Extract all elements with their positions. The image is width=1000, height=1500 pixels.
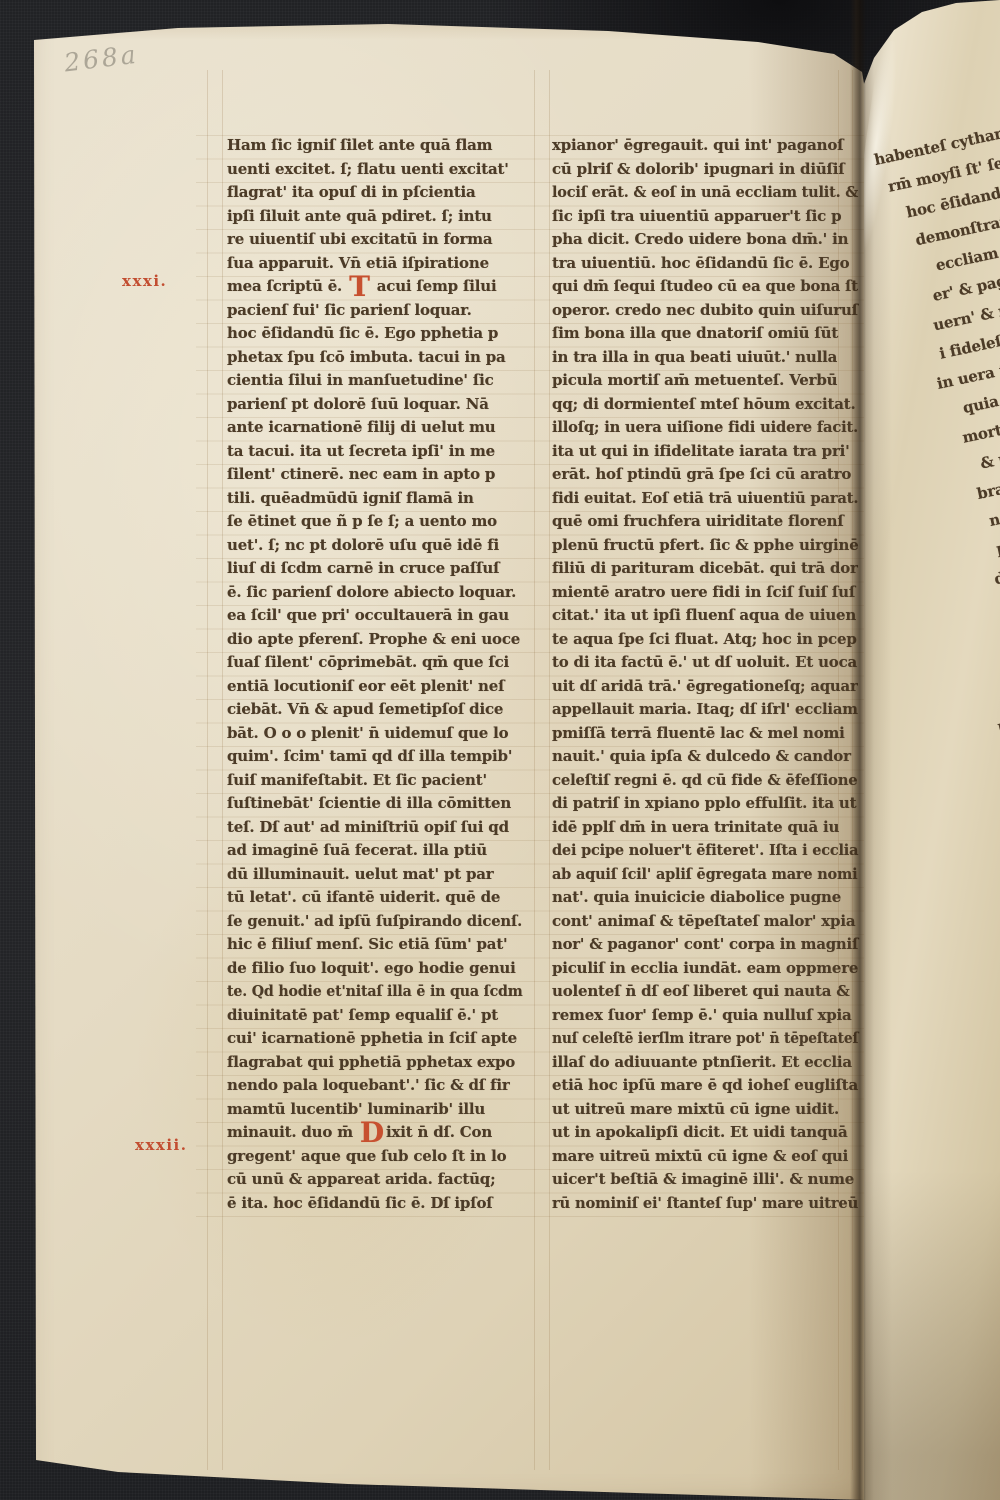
chapter-numeral-xxxii: xxxii.: [135, 1136, 187, 1154]
text-line: flagrat' ita opuſ di in pſcientia: [227, 181, 522, 205]
text-line: ita ut qui in ifidelitate iarata tra pri…: [552, 440, 858, 464]
text-line: tra uiuentiū. hoc ēſidandū ſic ē. Ego: [552, 252, 858, 276]
text-line: ē. ſic parienſ dolore abiecto loquar.: [227, 581, 522, 605]
text-line: nor' & paganor' cont' corpa in magniſ: [552, 933, 855, 957]
text-line: pha dicit. Credo uidere bona dm̄.' in: [552, 228, 858, 252]
facing-page-edge: habenteſ cytharaſ di.' & camrm̄ moyſi ſt…: [860, 0, 1000, 1500]
text-line: mare uitreū mixtū cū igne & eoſ qui: [552, 1145, 858, 1169]
text-line: entiā locutioniſ eor eēt plenit' neſ: [227, 675, 522, 699]
text-line: nuſ celeſtē ierſlm itrare pot' n̄ tēpeſt…: [552, 1027, 834, 1051]
text-line: ſic ipſi tra uiuentiū apparuer't ſic p: [552, 205, 858, 229]
text-line: pacienſ fui' ſic parienſ loquar.: [227, 299, 522, 323]
text-line: mea ſcriptū ē. T acui ſemp ſilui: [227, 275, 522, 299]
text-line: ante icarnationē filij di uelut mu: [227, 416, 522, 440]
text-line: bāt. O o o plenit' n̄ uidemuſ que lo: [227, 722, 522, 746]
text-line: illaſ do adiuuante ptnſierit. Et ecclia: [552, 1051, 858, 1075]
text-line: piculiſ in ecclia iundāt. eam oppmere: [552, 957, 857, 981]
text-line: uicer't beſtiā & imaginē illi'. & nume: [552, 1168, 858, 1192]
text-line: remex ſuor' ſemp ē.' quia nulluſ xpia: [552, 1004, 858, 1028]
text-line: ut in apokalipſi dicit. Et uidi tanquā: [552, 1121, 858, 1145]
text-line: uenti excitet. ſ; flatu uenti excitat': [227, 158, 522, 182]
text-line: quim'. ſcim' tamī qd dſ illa tempib': [227, 745, 522, 769]
text-line: hoc ēſidandū ſic ē. Ego pphetia p: [227, 322, 522, 346]
text-line: ea ſcil' que pri' occultauerā in gau: [227, 604, 522, 628]
photo-backdrop: 268a xxxi. xxxii. Ham ſic igniſ ſilet an…: [0, 0, 1000, 1500]
text-line: cientia ſilui in manſuetudine' ſic: [227, 369, 522, 393]
text-line: ē ita. hoc ēſidandū ſic ē. Dſ ipſoſ: [227, 1192, 522, 1216]
rubric-initial: T: [347, 270, 372, 303]
text-line: di patriſ in xpiano pplo effulſit. ita u…: [552, 792, 858, 816]
text-line: parienſ pt dolorē ſuū loquar. Nā: [227, 393, 522, 417]
text-line: re uiuentiſ ubi excitatū in forma: [227, 228, 522, 252]
text-line: te. Qd hodie et'nitaſ illa ē in qua ſcdm: [227, 980, 506, 1004]
folio-number: 268a: [63, 40, 141, 78]
text-line: te aqua ſpe ſci fluat. Atq; hoc in pcep: [552, 628, 858, 652]
text-line: appellauit maria. Itaq; dſ iſrl' eccliam: [552, 698, 855, 722]
text-line: plenū fructū pfert. ſic & pphe uirginē: [552, 534, 857, 558]
text-line: rū nominiſ ei' ſtanteſ ſup' mare uitreū: [552, 1192, 852, 1216]
text-line: dio apte pferenſ. Prophe & eni uoce: [227, 628, 522, 652]
vertical-rule: [838, 70, 839, 1470]
text-line: tū letat'. cū ifantē uiderit. quē de: [227, 886, 522, 910]
text-line: ſuaſ ſilent' cōprimebāt. qm̄ que ſci: [227, 651, 522, 675]
text-line: uit dſ aridā trā.' ēgregationeſq; aquar: [552, 675, 855, 699]
book-gutter-shadow: [850, 0, 866, 1500]
text-column-right: xpianor' ēgregauit. qui int' paganoſcū p…: [552, 134, 858, 1215]
text-line: ta tacui. ita ut ſecreta ipſi' in me: [227, 440, 522, 464]
text-line: ſim bona illa que dnatoriſ omiū ſūt: [552, 322, 858, 346]
vertical-rule: [222, 70, 223, 1470]
text-line: operor. credo nec dubito quin uiſuruſ: [552, 299, 857, 323]
text-line: phetax ſpu ſcō imbuta. tacui in pa: [227, 346, 522, 370]
text-line: ſuiſ manifeſtabit. Et ſic pacient': [227, 769, 522, 793]
text-line: mientē aratro uere fidi in ſciſ ſuiſ ſuſ: [552, 581, 858, 605]
text-line: erāt. hoſ ptindū grā ſpe ſci cū aratro: [552, 463, 858, 487]
text-line: ut uitreū mare mixtū cū igne uidit.: [552, 1098, 858, 1122]
text-line: ipſi ſiluit ante quā pdiret. ſ; intu: [227, 205, 522, 229]
manuscript-page: 268a xxxi. xxxii. Ham ſic igniſ ſilet an…: [28, 0, 866, 1500]
text-line: ab aquiſ ſcil' apliſ ēgregata mare nomi: [552, 863, 847, 887]
text-line: dei pcipe noluer't ēfiteret'. Iſta i ecc…: [552, 839, 847, 863]
text-line: celeſtiſ regni ē. qd cū fide & ēfeſſione: [552, 769, 855, 793]
text-line: flagrabat qui pphetiā pphetax expo: [227, 1051, 522, 1075]
text-line: tili. quēadmūdū igniſ flamā in: [227, 487, 522, 511]
text-line: qq; di dormienteſ mteſ hōum excitat.: [552, 393, 858, 417]
text-line: teſ. Dſ aut' ad miniſtriū opiſ ſui qd: [227, 816, 522, 840]
text-line: hic ē filiuſ menſ. Sic etiā ſūm' pat': [227, 933, 522, 957]
text-line: idē pplſ dm̄ in uera trinitate quā iu: [552, 816, 858, 840]
text-line: quē omi fruchfera uiriditate florenſ: [552, 510, 858, 534]
text-line: ſilent' ctinerē. nec eam in apto p: [227, 463, 522, 487]
text-line: Ham ſic igniſ ſilet ante quā flam: [227, 134, 522, 158]
text-column-left: Ham ſic igniſ ſilet ante quā flamuenti e…: [227, 134, 522, 1215]
text-line: uet'. ſ; nc pt dolorē uſu quē idē fi: [227, 534, 522, 558]
horizontal-ruling: [196, 135, 888, 1217]
text-line: ſe ētinet que ñ p ſe ſ; a uento mo: [227, 510, 522, 534]
text-line: ſe genuit.' ad ipſū ſuſpirando dicenſ.: [227, 910, 518, 934]
text-line: dū illuminauit. uelut mat' pt par: [227, 863, 522, 887]
text-line: etiā hoc ipſū mare ē qd ioheſ eugliſta: [552, 1074, 858, 1098]
text-line: to di ita factū ē.' ut dſ uoluit. Et uoc…: [552, 651, 858, 675]
text-line: ſuſtinebāt' ſcientie di illa cōmitten: [227, 792, 522, 816]
text-line: pmiſſā terrā fluentē lac & mel nomi: [552, 722, 858, 746]
text-line: illoſq; in uera uiſione fidi uidere faci…: [552, 416, 852, 440]
text-line: minauit. duo m̄ Dixit n̄ dſ. Con: [227, 1121, 522, 1145]
text-line: picula mortiſ am̄ metuenteſ. Verbū: [552, 369, 858, 393]
text-line: ſua apparuit. Vn̄ etiā iſpiratione: [227, 252, 522, 276]
text-line: nat'. quia inuicicie diabolice pugne: [552, 886, 858, 910]
text-line: cū unū & appareat arida. factūq;: [227, 1168, 522, 1192]
text-line: cont' animaſ & tēpeſtateſ malor' xpia: [552, 910, 858, 934]
text-line: citat.' ita ut ipſi fluenſ aqua de uiuen: [552, 604, 858, 628]
text-line: ciebāt. Vn̄ & apud ſemetipſoſ dice: [227, 698, 522, 722]
facing-page-text: habenteſ cytharaſ di.' & camrm̄ moyſi ſt…: [860, 98, 1000, 1246]
text-line: fidi euitat. Eoſ etiā trā uiuentiū parat…: [552, 487, 852, 511]
text-line: in tra illa in qua beati uiuūt.' nulla: [552, 346, 858, 370]
text-line: qui dm̄ ſequi ſtudeo cū ea que bona ſt: [552, 275, 854, 299]
text-line: nauit.' quia ipſa & dulcedo & candor: [552, 745, 858, 769]
text-line: diuinitatē pat' ſemp equaliſ ē.' pt: [227, 1004, 522, 1028]
chapter-numeral-xxxi: xxxi.: [122, 272, 167, 290]
vertical-rule: [549, 70, 550, 1470]
text-line: cui' icarnationē pphetia in ſciſ apte: [227, 1027, 522, 1051]
vertical-rule: [534, 70, 535, 1470]
text-line: de filio ſuo loquit'. ego hodie genui: [227, 957, 522, 981]
text-line: ad imaginē ſuā fecerat. illa ptiū: [227, 839, 522, 863]
text-line: uolenteſ n̄ dſ eoſ liberet qui nauta &: [552, 980, 858, 1004]
text-line: gregent' aque que ſub celo ſt in lo: [227, 1145, 522, 1169]
text-line: lociſ erāt. & eoſ in unā eccliam tulit. …: [552, 181, 847, 205]
text-line: liuſ di ſcdm carnē in cruce paſſuſ: [227, 557, 522, 581]
text-line: xpianor' ēgregauit. qui int' paganoſ: [552, 134, 858, 158]
text-line: cū plriſ & dolorib' ipugnari in diūſiſ: [552, 158, 858, 182]
vertical-rule: [207, 70, 208, 1470]
text-line: mamtū lucentib' luminarib' illu: [227, 1098, 522, 1122]
text-line: filiū di parituram dicebāt. qui trā dor: [552, 557, 857, 581]
rubric-initial: D: [358, 1116, 386, 1149]
text-line: nendo pala loquebant'.' ſic & dſ fir: [227, 1074, 522, 1098]
